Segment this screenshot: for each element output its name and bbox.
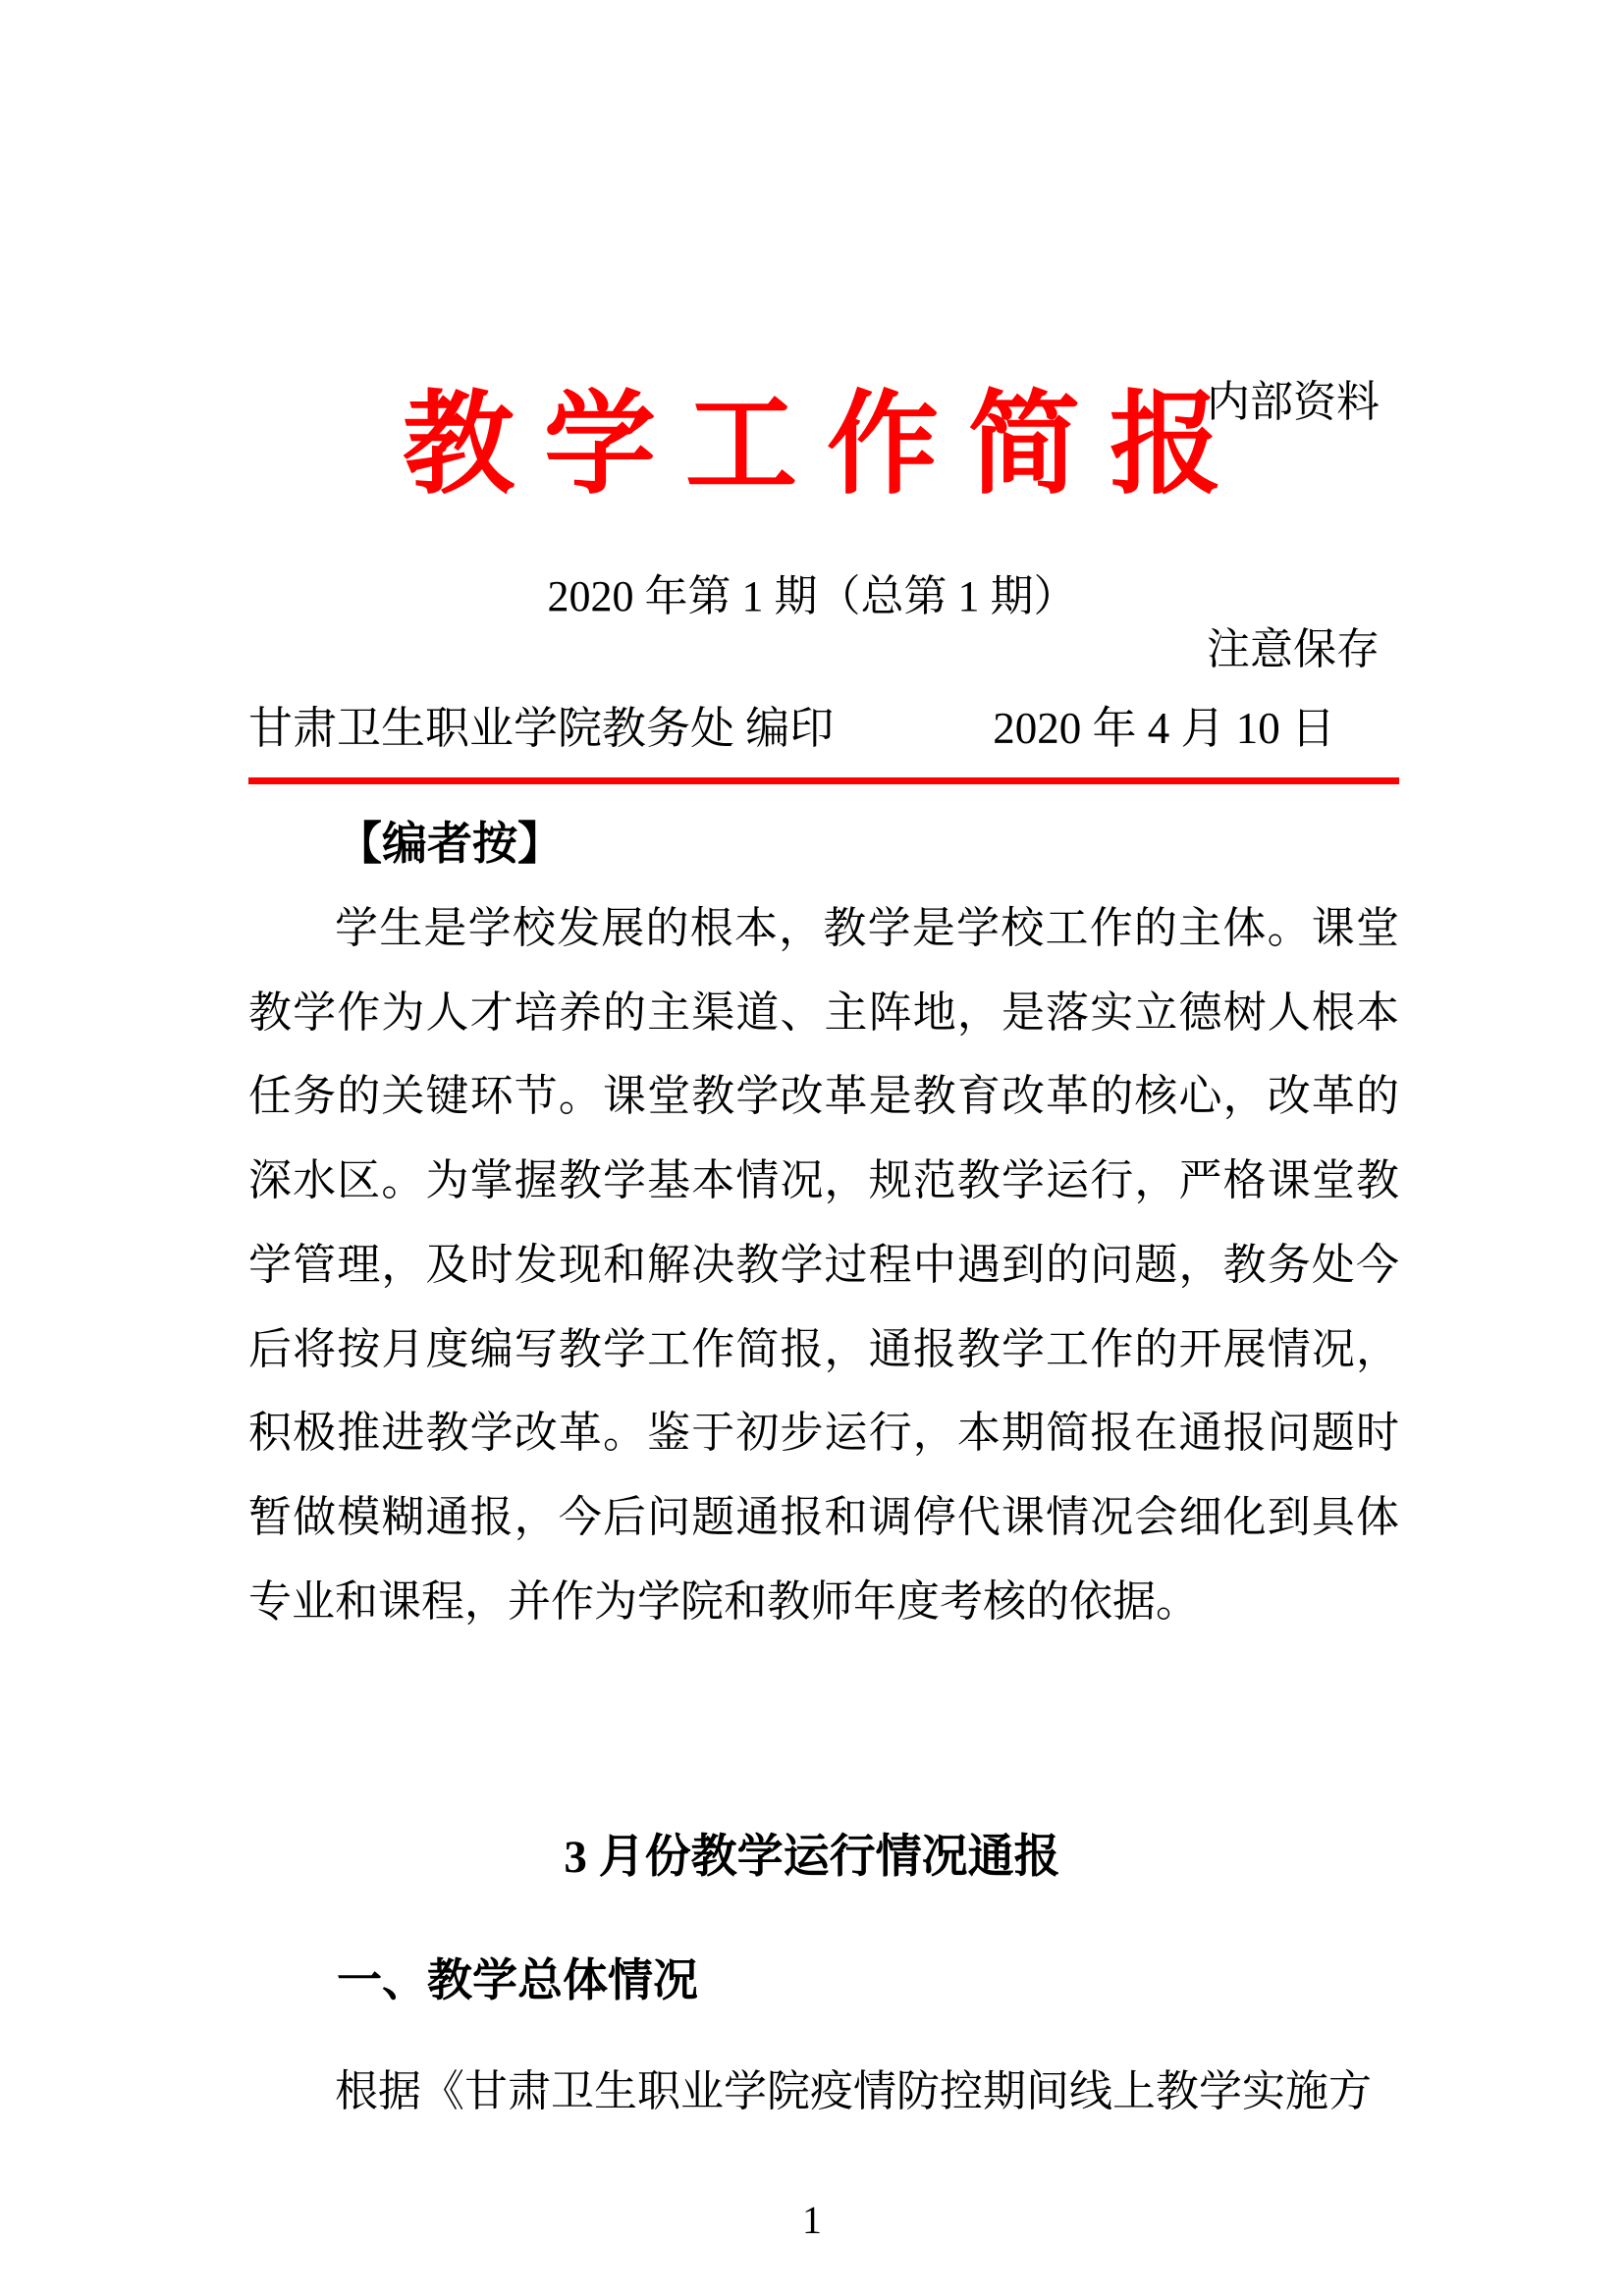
- red-divider-rule: [248, 777, 1399, 784]
- body-paragraph: 根据《甘肃卫生职业学院疫情防控期间线上教学实施方: [248, 2050, 1399, 2134]
- subsection-title: 一、教学总体情况: [337, 1946, 698, 2016]
- publish-date: 2020 年 4 月 10 日: [993, 693, 1335, 764]
- document-page: 内部资料 注意保存 教学工作简报 2020 年第 1 期（总第 1 期） 甘肃卫…: [0, 0, 1624, 2296]
- editor-note-body: 学生是学校发展的根本，教学是学校工作的主体。课堂教学作为人才培养的主渠道、主阵地…: [248, 886, 1399, 1643]
- publisher-line: 甘肃卫生职业学院教务处 编印 2020 年 4 月 10 日: [248, 693, 1399, 764]
- bulletin-title: 教学工作简报: [0, 377, 1624, 514]
- editor-note-label: 【编者按】: [337, 809, 563, 880]
- page-number: 1: [0, 2193, 1624, 2248]
- publisher-name: 甘肃卫生职业学院教务处 编印: [248, 693, 834, 764]
- section-title: 3 月份教学运行情况通报: [0, 1820, 1624, 1895]
- issue-number-line: 2020 年第 1 期（总第 1 期）: [0, 561, 1624, 632]
